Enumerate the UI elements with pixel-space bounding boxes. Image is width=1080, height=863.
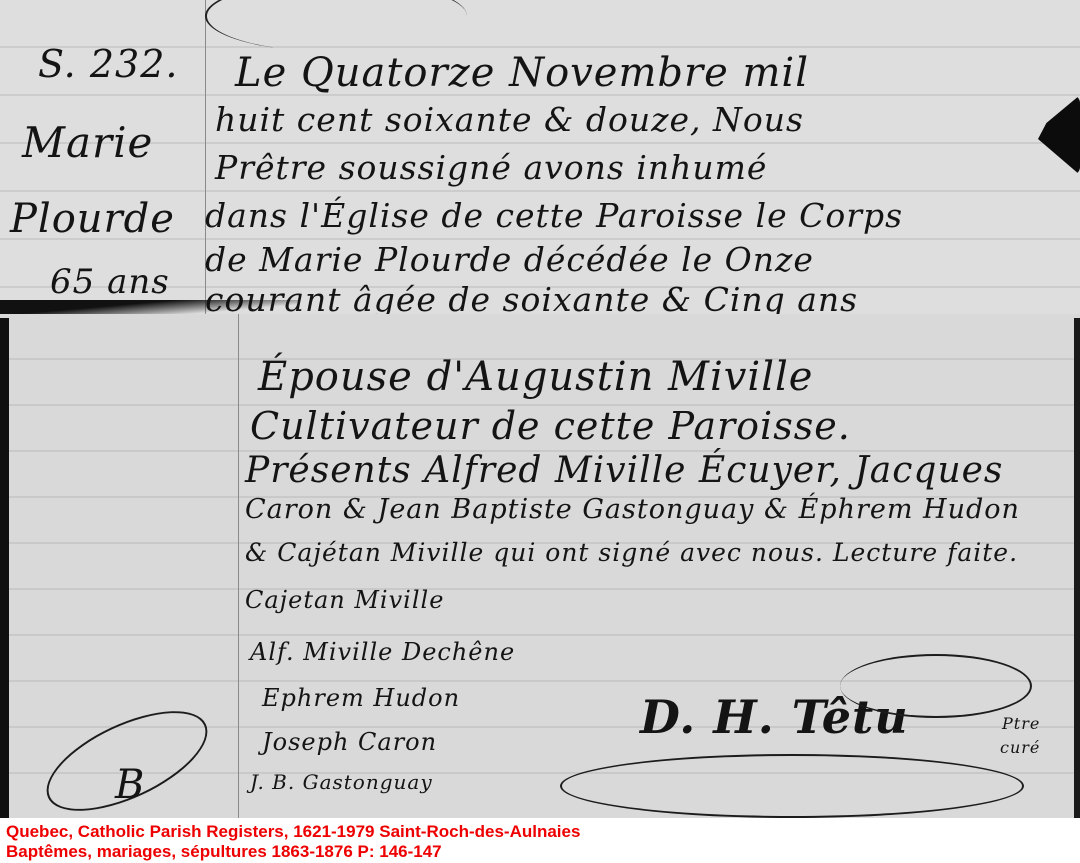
record-line-5: de Marie Plourde décédée le Onze [205, 240, 814, 279]
record-line-1: Le Quatorze Novembre mil [235, 50, 809, 96]
signature-underline-flourish [560, 754, 1024, 818]
signature-ephrem-hudon: Ephrem Hudon [262, 684, 460, 712]
record-number: S. 232. [38, 42, 178, 86]
margin-age: 65 ans [50, 262, 170, 302]
signature-jb-gastonguay: J. B. Gastonguay [250, 770, 433, 794]
record-line-6: courant âgée de soixante & Cinq ans [205, 280, 858, 318]
record-line-7: Épouse d'Augustin Miville [258, 354, 813, 400]
page-corner-shadow [1038, 95, 1080, 175]
signature-cajetan-miville: Cajetan Miville [245, 586, 444, 614]
signature-alfred-miville: Alf. Miville Dechêne [250, 638, 515, 666]
signature-joseph-caron: Joseph Caron [262, 728, 437, 756]
margin-surname: Plourde [10, 196, 175, 242]
source-caption-line-2: Baptêmes, mariages, sépultures 1863-1876… [6, 842, 442, 862]
margin-initial: B [115, 762, 145, 808]
binding-edge [0, 318, 9, 818]
signature-flourish [840, 654, 1032, 718]
margin-rule [238, 314, 239, 818]
record-line-4: dans l'Église de cette Paroisse le Corps [205, 196, 903, 235]
record-line-9: Présents Alfred Miville Écuyer, Jacques [245, 450, 1003, 491]
record-line-10: Caron & Jean Baptiste Gastonguay & Éphre… [245, 494, 1020, 525]
record-line-3: Prêtre soussigné avons inhumé [215, 148, 767, 187]
priest-title-cure: curé [1000, 738, 1040, 757]
record-line-8: Cultivateur de cette Paroisse. [250, 404, 851, 448]
margin-given-name: Marie [22, 118, 153, 167]
register-page-bottom: Épouse d'Augustin Miville Cultivateur de… [0, 314, 1080, 818]
record-line-2: huit cent soixante & douze, Nous [215, 100, 804, 139]
page-edge [1074, 318, 1080, 818]
priest-title-ptre: Ptre [1002, 714, 1040, 733]
source-caption-line-1: Quebec, Catholic Parish Registers, 1621-… [6, 822, 580, 842]
record-line-11: & Cajétan Miville qui ont signé avec nou… [245, 538, 1018, 567]
opening-flourish [205, 0, 467, 52]
register-page-top: S. 232. Marie Plourde 65 ans Le Quatorze… [0, 0, 1080, 318]
